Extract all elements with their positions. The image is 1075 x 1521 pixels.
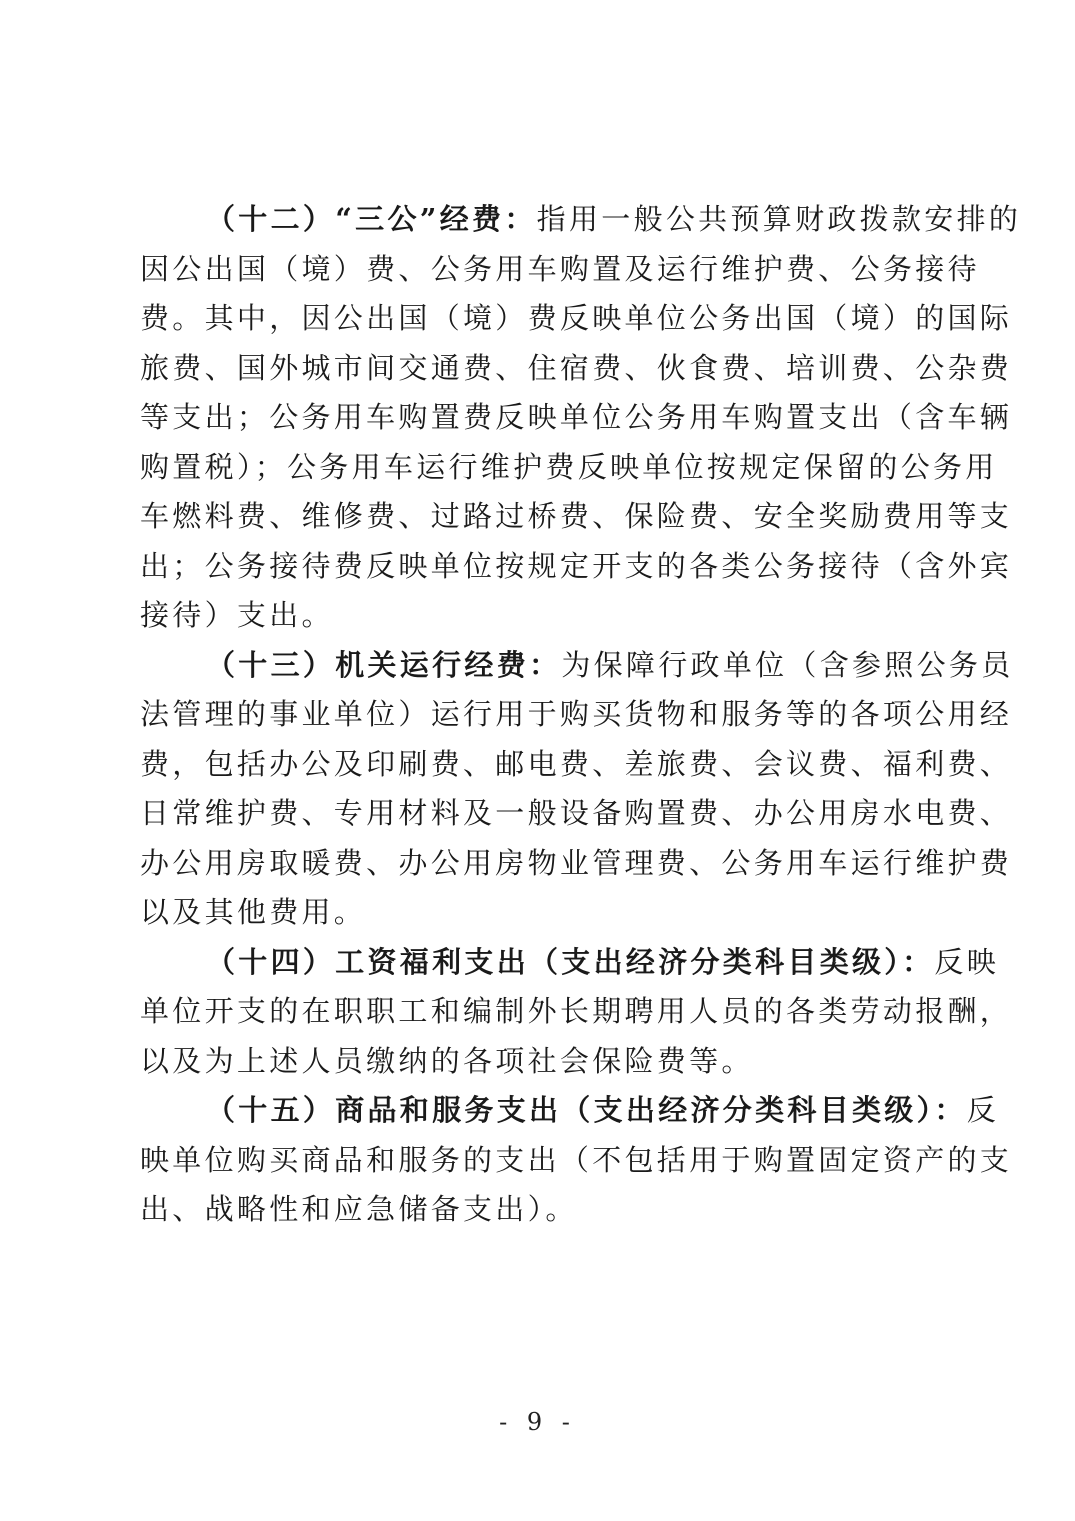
- section-heading: （十二）“三公”经费：: [206, 202, 537, 236]
- paragraph-line: （十二）“三公”经费：指用一般公共预算财政拨款安排的: [140, 195, 940, 245]
- paragraph-line: （十三）机关运行经费：为保障行政单位（含参照公务员: [140, 641, 940, 691]
- paragraph-line: 费。其中，因公出国（境）费反映单位公务出国（境）的国际: [140, 294, 940, 344]
- paragraph-13: （十三）机关运行经费：为保障行政单位（含参照公务员 法管理的事业单位）运行用于购…: [140, 641, 940, 938]
- paragraph-line: 映单位购买商品和服务的支出（不包括用于购置固定资产的支: [140, 1136, 940, 1186]
- page-number: - 9 -: [0, 1408, 1075, 1436]
- paragraph-line: 因公出国（境）费、公务用车购置及运行维护费、公务接待: [140, 245, 940, 295]
- paragraph-line: 购置税）；公务用车运行维护费反映单位按规定保留的公务用: [140, 443, 940, 493]
- paragraph-line: 办公用房取暖费、办公用房物业管理费、公务用车运行维护费: [140, 839, 940, 889]
- paragraph-line: 接待）支出。: [140, 591, 940, 641]
- document-body: （十二）“三公”经费：指用一般公共预算财政拨款安排的 因公出国（境）费、公务用车…: [140, 195, 940, 1235]
- paragraph-14: （十四）工资福利支出（支出经济分类科目类级）：反映 单位开支的在职职工和编制外长…: [140, 938, 940, 1087]
- paragraph-line: 日常维护费、专用材料及一般设备购置费、办公用房水电费、: [140, 789, 940, 839]
- paragraph-line: 以及其他费用。: [140, 888, 940, 938]
- document-page: （十二）“三公”经费：指用一般公共预算财政拨款安排的 因公出国（境）费、公务用车…: [0, 0, 1075, 1521]
- paragraph-line: 费，包括办公及印刷费、邮电费、差旅费、会议费、福利费、: [140, 740, 940, 790]
- paragraph-line: 旅费、国外城市间交通费、住宿费、伙食费、培训费、公杂费: [140, 344, 940, 394]
- paragraph-line: 出；公务接待费反映单位按规定开支的各类公务接待（含外宾: [140, 542, 940, 592]
- paragraph-12: （十二）“三公”经费：指用一般公共预算财政拨款安排的 因公出国（境）费、公务用车…: [140, 195, 940, 641]
- paragraph-line: 以及为上述人员缴纳的各项社会保险费等。: [140, 1037, 940, 1087]
- paragraph-line: 等支出；公务用车购置费反映单位公务用车购置支出（含车辆: [140, 393, 940, 443]
- paragraph-15: （十五）商品和服务支出（支出经济分类科目类级）：反 映单位购买商品和服务的支出（…: [140, 1086, 940, 1235]
- paragraph-line: 出、战略性和应急储备支出）。: [140, 1185, 940, 1235]
- paragraph-line: 车燃料费、维修费、过路过桥费、保险费、安全奖励费用等支: [140, 492, 940, 542]
- section-heading: （十四）工资福利支出（支出经济分类科目类级）：: [206, 945, 934, 979]
- section-heading: （十三）机关运行经费：: [206, 648, 561, 682]
- paragraph-line: 法管理的事业单位）运行用于购买货物和服务等的各项公用经: [140, 690, 940, 740]
- section-heading: （十五）商品和服务支出（支出经济分类科目类级）：: [206, 1093, 967, 1127]
- paragraph-line: （十五）商品和服务支出（支出经济分类科目类级）：反: [140, 1086, 940, 1136]
- paragraph-line: 单位开支的在职职工和编制外长期聘用人员的各类劳动报酬，: [140, 987, 940, 1037]
- paragraph-line: （十四）工资福利支出（支出经济分类科目类级）：反映: [140, 938, 940, 988]
